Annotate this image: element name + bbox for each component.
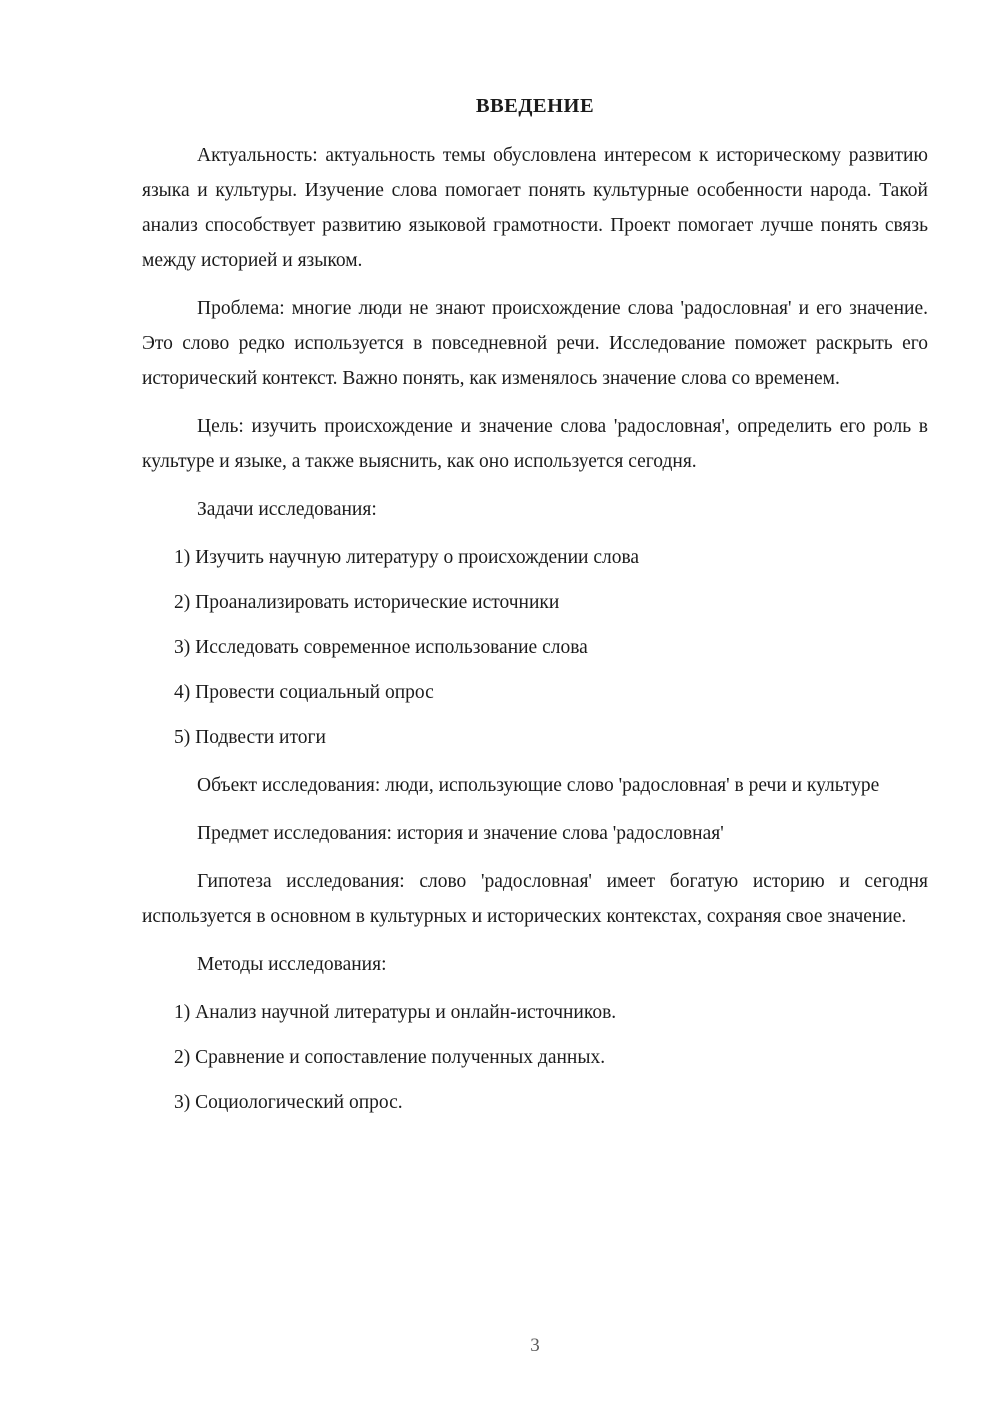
document-page: ВВЕДЕНИЕ Актуальность: актуальность темы…: [0, 0, 1000, 1414]
tasks-heading: Задачи исследования:: [142, 492, 928, 527]
method-item: 1) Анализ научной литературы и онлайн-ис…: [142, 995, 928, 1030]
paragraph-problem: Проблема: многие люди не знают происхожд…: [142, 291, 928, 396]
paragraph-relevance: Актуальность: актуальность темы обусловл…: [142, 138, 928, 278]
task-item: 5) Подвести итоги: [142, 720, 928, 755]
document-content: ВВЕДЕНИЕ Актуальность: актуальность темы…: [142, 92, 928, 1130]
paragraph-subject: Предмет исследования: история и значение…: [142, 816, 928, 851]
task-item: 4) Провести социальный опрос: [142, 675, 928, 710]
page-number: 3: [530, 1335, 540, 1356]
task-item: 2) Проанализировать исторические источни…: [142, 585, 928, 620]
paragraph-goal: Цель: изучить происхождение и значение с…: [142, 409, 928, 479]
task-item: 1) Изучить научную литературу о происхож…: [142, 540, 928, 575]
method-item: 2) Сравнение и сопоставление полученных …: [142, 1040, 928, 1075]
page-title: ВВЕДЕНИЕ: [142, 92, 928, 120]
paragraph-hypothesis: Гипотеза исследования: слово 'радословна…: [142, 864, 928, 934]
paragraph-object: Объект исследования: люди, использующие …: [142, 768, 928, 803]
page-footer: 3: [142, 1335, 928, 1357]
methods-heading: Методы исследования:: [142, 947, 928, 982]
task-item: 3) Исследовать современное использование…: [142, 630, 928, 665]
method-item: 3) Социологический опрос.: [142, 1085, 928, 1120]
